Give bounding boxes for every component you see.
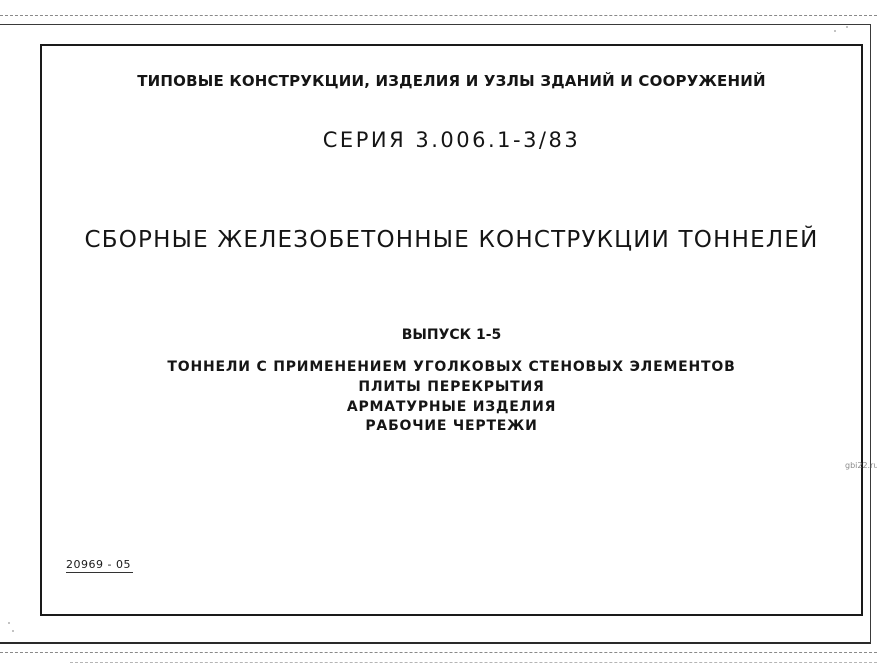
subtitle-line: АРМАТУРНЫЕ ИЗДЕЛИЯ (40, 399, 863, 415)
document-title: СБОРНЫЕ ЖЕЛЕЗОБЕТОННЫЕ КОНСТРУКЦИИ ТОННЕ… (40, 227, 863, 253)
subtitle-line: РАБОЧИЕ ЧЕРТЕЖИ (40, 418, 863, 434)
watermark: gbi22.ru (845, 461, 877, 470)
subtitle-line: ТОННЕЛИ С ПРИМЕНЕНИЕМ УГОЛКОВЫХ СТЕНОВЫХ… (40, 359, 863, 375)
document-header: ТИПОВЫЕ КОНСТРУКЦИИ, ИЗДЕЛИЯ И УЗЛЫ ЗДАН… (40, 72, 863, 90)
issue-number: ВЫПУСК 1-5 (40, 327, 863, 343)
scan-speck (8, 622, 10, 624)
scan-edge-bottom-secondary (70, 662, 877, 664)
scan-speck (834, 30, 836, 32)
subtitle-line: ПЛИТЫ ПЕРЕКРЫТИЯ (40, 379, 863, 395)
scan-speck (846, 26, 848, 28)
inventory-number: 20969 - 05 (66, 558, 133, 573)
scan-speck (12, 630, 14, 632)
series-number: СЕРИЯ 3.006.1-3/83 (40, 128, 863, 152)
scan-edge-top (0, 15, 877, 18)
scan-edge-bottom (0, 652, 877, 655)
